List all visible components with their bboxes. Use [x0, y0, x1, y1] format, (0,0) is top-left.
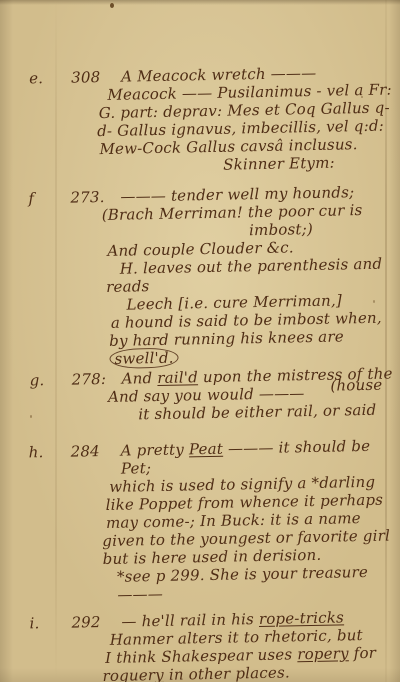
line-number: 292: [71, 613, 121, 632]
underlined-word: rail'd: [157, 368, 198, 387]
margin-letter: f: [0, 189, 71, 208]
annotation-entry-h: h. 284 A pretty Peat ——— it should be Pe…: [0, 436, 400, 606]
annotation-entry-f: f 273. ——— tender well my hounds; (Brach…: [0, 182, 400, 370]
note-text: for: [349, 644, 377, 663]
lemma-text: A pretty Peat ——— it should be Pet;: [120, 436, 399, 477]
underlined-word: Peat: [189, 440, 223, 459]
note-text: in other places.: [164, 663, 290, 682]
margin-letter: g.: [0, 371, 72, 390]
underlined-word: rope-tricks: [259, 608, 344, 628]
note-text: it should be either rail, or said: [138, 401, 376, 424]
annotation-entry-e: e. 308 A Meacock wretch ——— Meacock —— P…: [0, 62, 400, 178]
underlined-word: roguery: [102, 666, 164, 682]
handwritten-line: by hard running his knees are swell'd.: [109, 326, 400, 368]
note-text: reads: [106, 277, 150, 296]
manuscript-page: e. 308 A Meacock wretch ——— Meacock —— P…: [0, 0, 400, 682]
annotation-entry-g: g. 278: And rail'd upon the mistress of …: [0, 364, 400, 426]
ink-speck: [110, 3, 114, 8]
note-text: imbost;): [249, 220, 313, 239]
margin-letter: e.: [0, 69, 71, 88]
note-text: by hard running his knees are: [109, 327, 344, 350]
underlined-word: ropery: [297, 644, 349, 663]
line-number: 273.: [70, 188, 120, 207]
circled-word: swell'd.: [109, 348, 178, 369]
manuscript-text-block: e. 308 A Meacock wretch ——— Meacock —— P…: [0, 70, 400, 682]
line-number: 278:: [71, 370, 121, 389]
line-number: 308: [71, 68, 121, 87]
interlinear-word: (house: [330, 376, 382, 395]
margin-letter: i.: [0, 614, 72, 633]
handwritten-line: it should be either rail, or said: [138, 400, 400, 423]
annotation-entry-i: i. 292 — he'll rail in his rope-tricks H…: [0, 607, 400, 682]
margin-letter: h.: [0, 443, 71, 480]
footnote-text: *see p 299. She is your treasure ———: [117, 563, 368, 604]
source-citation: Skinner Etym:: [223, 154, 335, 174]
handwritten-line: *see p 299. She is your treasure ———: [117, 562, 400, 603]
line-number: 284: [70, 442, 121, 479]
